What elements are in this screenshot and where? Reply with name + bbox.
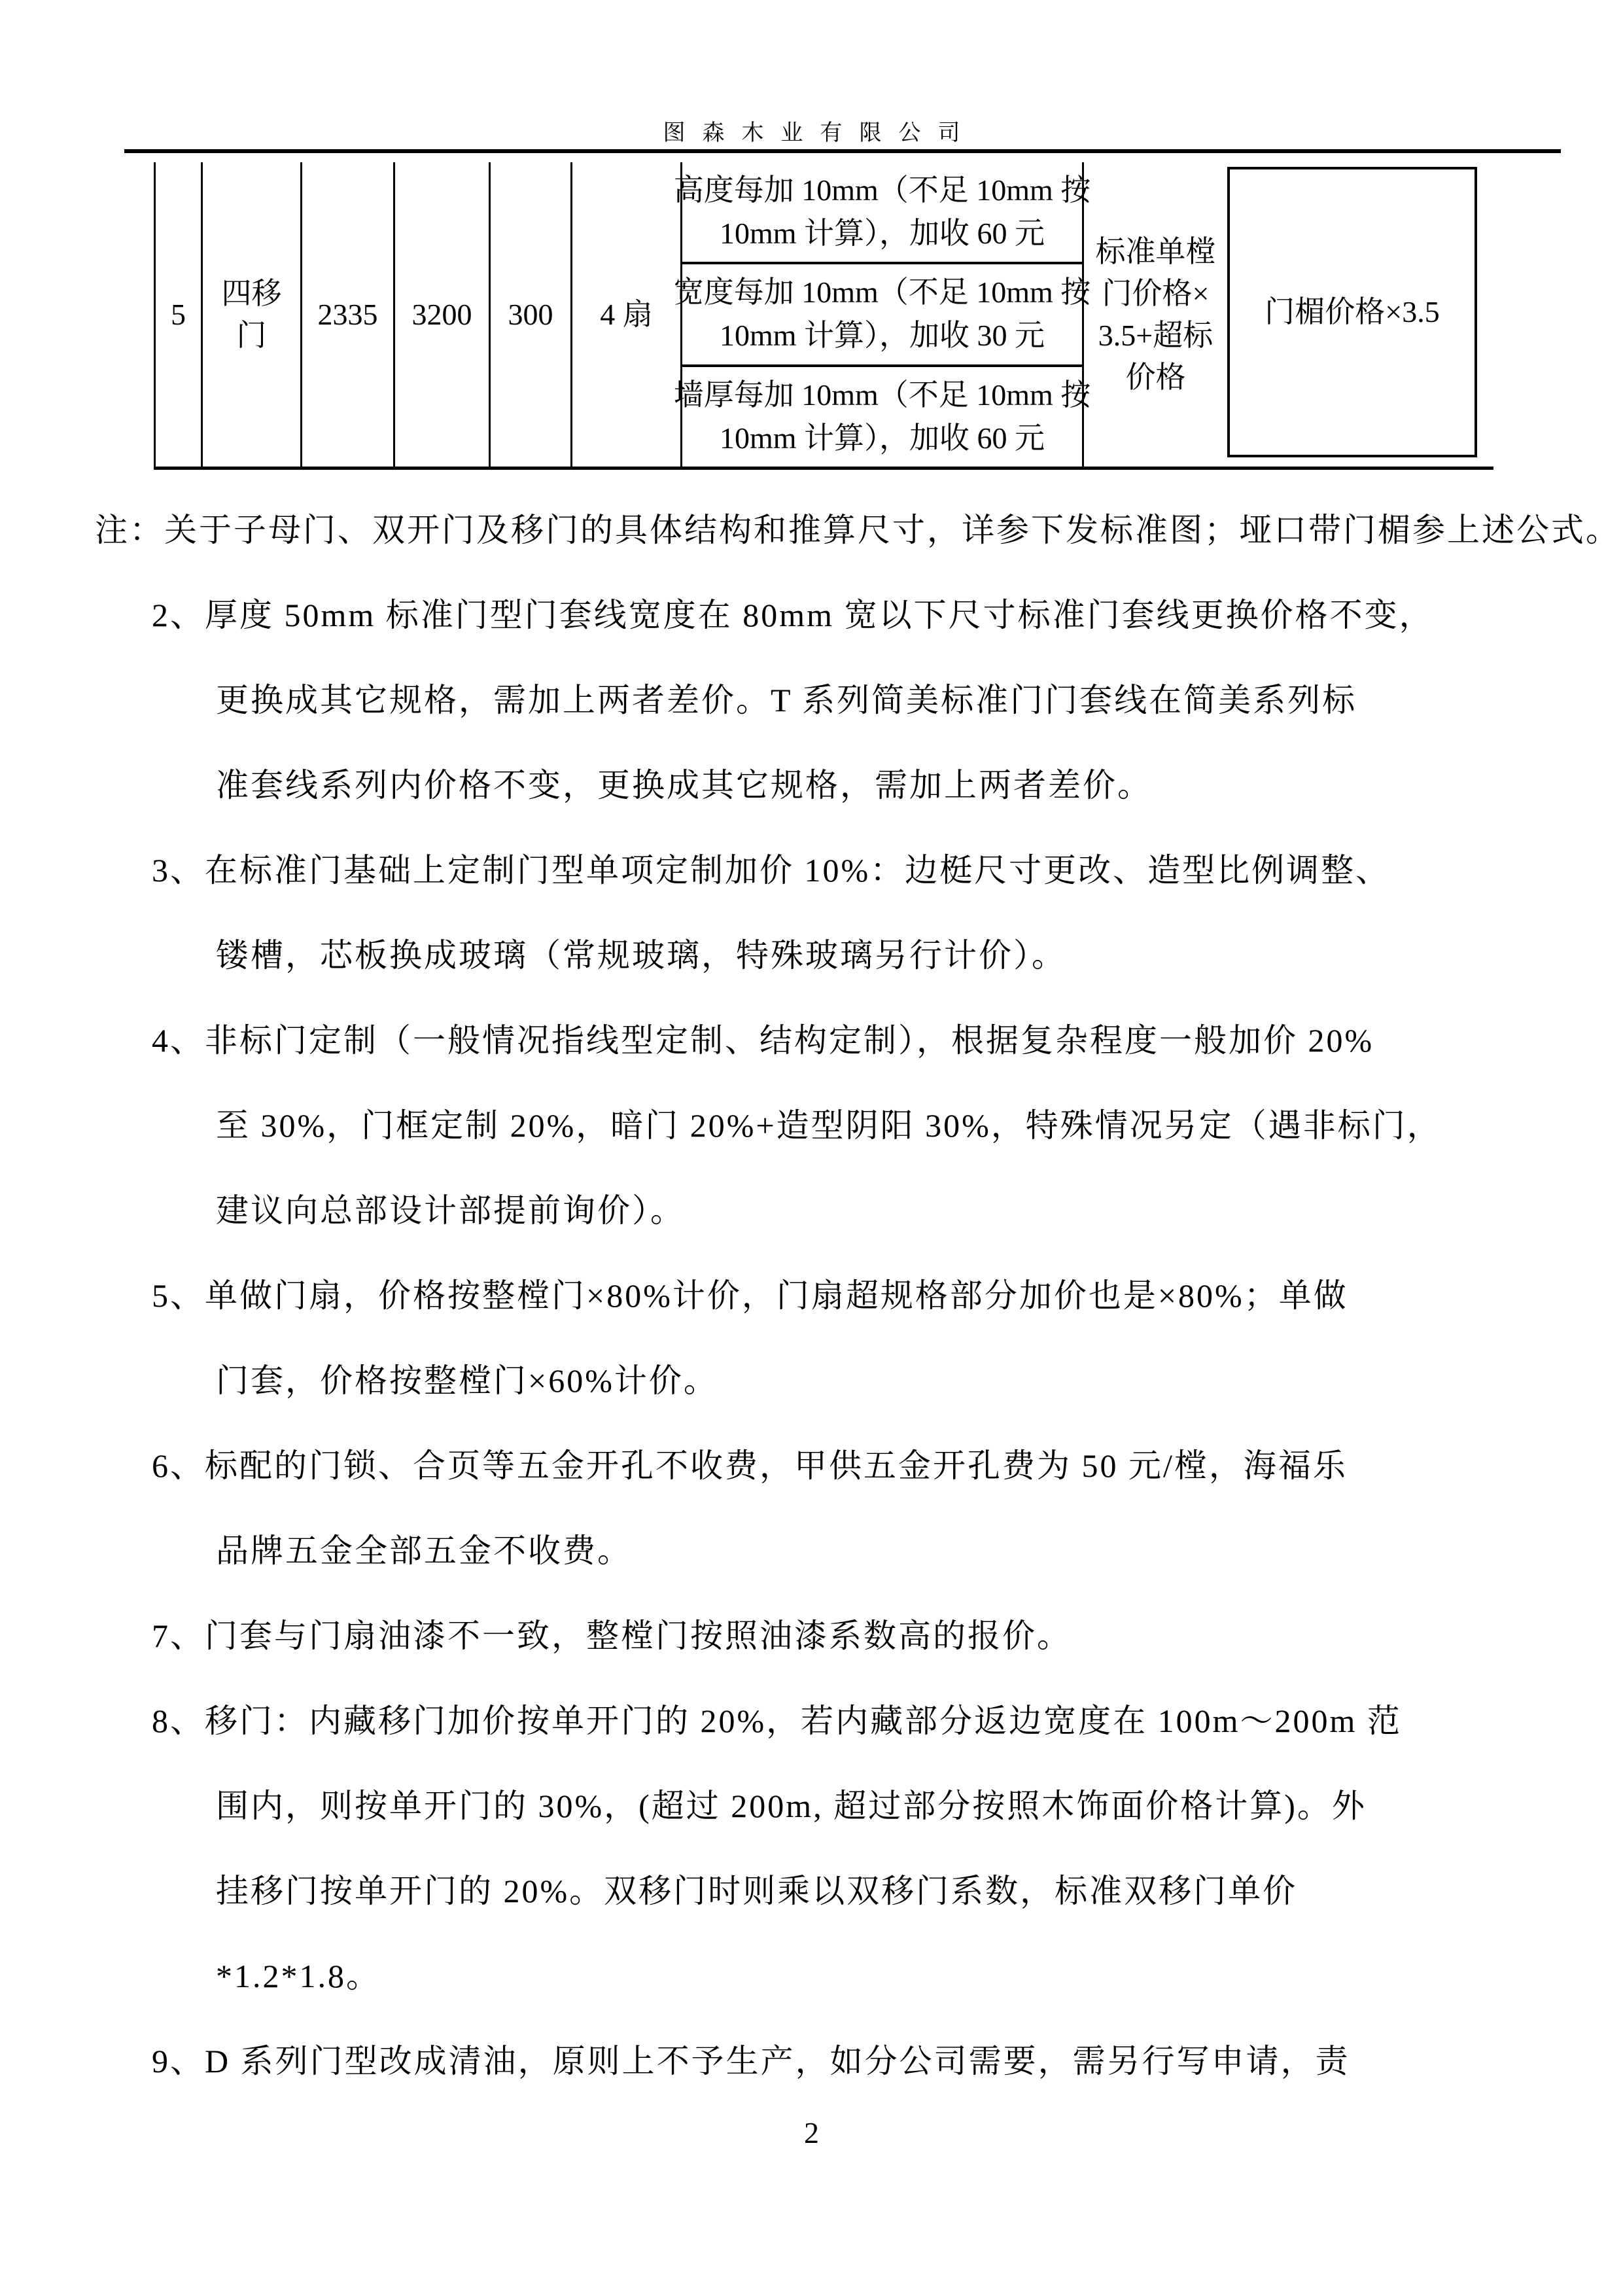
note-line: 5、单做门扇，价格按整樘门×80%计价，门扇超规格部分加价也是×80%；单做 <box>95 1253 1593 1338</box>
table-cell-width: 3200 <box>393 162 489 467</box>
note-line: 镂槽，芯板换成玻璃（常规玻璃，特殊玻璃另行计价）。 <box>95 913 1593 998</box>
note-line: *1.2*1.8。 <box>95 1934 1593 2019</box>
table-cell-lintel: 门楣价格×3.5 <box>1227 162 1493 467</box>
surcharge-line: 10mm 计算），加收 60 元 <box>720 417 1045 460</box>
note-line: 品牌五金全部五金不收费。 <box>95 1508 1593 1593</box>
notes-section: 注：关于子母门、双开门及移门的具体结构和推算尺寸，详参下发标准图；垭口带门楣参上… <box>95 487 1593 2104</box>
note-line: 围内，则按单开门的 30%，(超过 200m, 超过部分按照木饰面价格计算)。外 <box>95 1763 1593 1848</box>
lintel-formula-box: 门楣价格×3.5 <box>1227 167 1477 457</box>
header-divider <box>124 149 1561 153</box>
price-formula-line: 3.5+超标 <box>1098 315 1213 357</box>
surcharge-row: 墙厚每加 10mm（不足 10mm 按10mm 计算），加收 60 元 <box>682 364 1082 467</box>
price-table: 5 四移门 2335 3200 300 4 扇 高度每加 10mm（不足 10m… <box>154 162 1493 470</box>
note-line: 更换成其它规格，需加上两者差价。T 系列简美标准门门套线在简美系列标 <box>95 658 1593 743</box>
price-formula-line: 标准单樘 <box>1096 231 1216 273</box>
table-cell-wall-thickness: 300 <box>489 162 570 467</box>
note-line: 6、标配的门锁、合页等五金开孔不收费，甲供五金开孔费为 50 元/樘，海福乐 <box>95 1423 1593 1508</box>
note-line: 注：关于子母门、双开门及移门的具体结构和推算尺寸，详参下发标准图；垭口带门楣参上… <box>95 487 1593 573</box>
surcharge-row: 高度每加 10mm（不足 10mm 按10mm 计算），加收 60 元 <box>682 162 1082 262</box>
price-formula-line: 门价格× <box>1102 273 1210 315</box>
surcharge-line: 墙厚每加 10mm（不足 10mm 按 <box>674 374 1091 417</box>
note-line: 7、门套与门扇油漆不一致，整樘门按照油漆系数高的报价。 <box>95 1593 1593 1678</box>
page-number: 2 <box>0 2110 1623 2156</box>
table-cell-door-type: 四移门 <box>201 162 300 467</box>
note-line: 3、在标准门基础上定制门型单项定制加价 10%：边梃尺寸更改、造型比例调整、 <box>95 828 1593 913</box>
page-title: 图森木业有限公司 <box>0 116 1623 150</box>
note-line: 9、D 系列门型改成清油，原则上不予生产，如分公司需要，需另行写申请，责 <box>95 2019 1593 2104</box>
note-line: 2、厚度 50mm 标准门型门套线宽度在 80mm 宽以下尺寸标准门套线更换价格… <box>95 573 1593 658</box>
note-line: 建议向总部设计部提前询价）。 <box>95 1168 1593 1253</box>
surcharge-row: 宽度每加 10mm（不足 10mm 按10mm 计算），加收 30 元 <box>682 262 1082 364</box>
table-cell-row-index: 5 <box>154 162 201 467</box>
surcharge-line: 10mm 计算），加收 30 元 <box>720 314 1045 357</box>
surcharge-line: 高度每加 10mm（不足 10mm 按 <box>674 169 1091 212</box>
surcharge-line: 10mm 计算），加收 60 元 <box>720 212 1045 255</box>
note-line: 4、非标门定制（一般情况指线型定制、结构定制），根据复杂程度一般加价 20% <box>95 998 1593 1083</box>
price-formula-line: 价格 <box>1126 357 1186 398</box>
document-page: 图森木业有限公司 5 四移门 2335 3200 300 4 扇 高度每加 10… <box>0 0 1623 2296</box>
note-line: 挂移门按单开门的 20%。双移门时则乘以双移门系数，标准双移门单价 <box>95 1848 1593 1934</box>
note-line: 门套，价格按整樘门×60%计价。 <box>95 1338 1593 1423</box>
table-cell-leaf-count: 4 扇 <box>570 162 680 467</box>
table-cell-height: 2335 <box>300 162 393 467</box>
note-line: 至 30%，门框定制 20%，暗门 20%+造型阴阳 30%，特殊情况另定（遇非… <box>95 1083 1593 1168</box>
surcharge-line: 宽度每加 10mm（不足 10mm 按 <box>674 271 1091 314</box>
note-line: 准套线系列内价格不变，更换成其它规格，需加上两者差价。 <box>95 743 1593 828</box>
table-cell-price-formula: 标准单樘门价格×3.5+超标价格 <box>1082 162 1227 467</box>
note-line: 8、移门：内藏移门加价按单开门的 20%，若内藏部分返边宽度在 100m～200… <box>95 1678 1593 1763</box>
table-cell-surcharges: 高度每加 10mm（不足 10mm 按10mm 计算），加收 60 元宽度每加 … <box>680 162 1082 467</box>
